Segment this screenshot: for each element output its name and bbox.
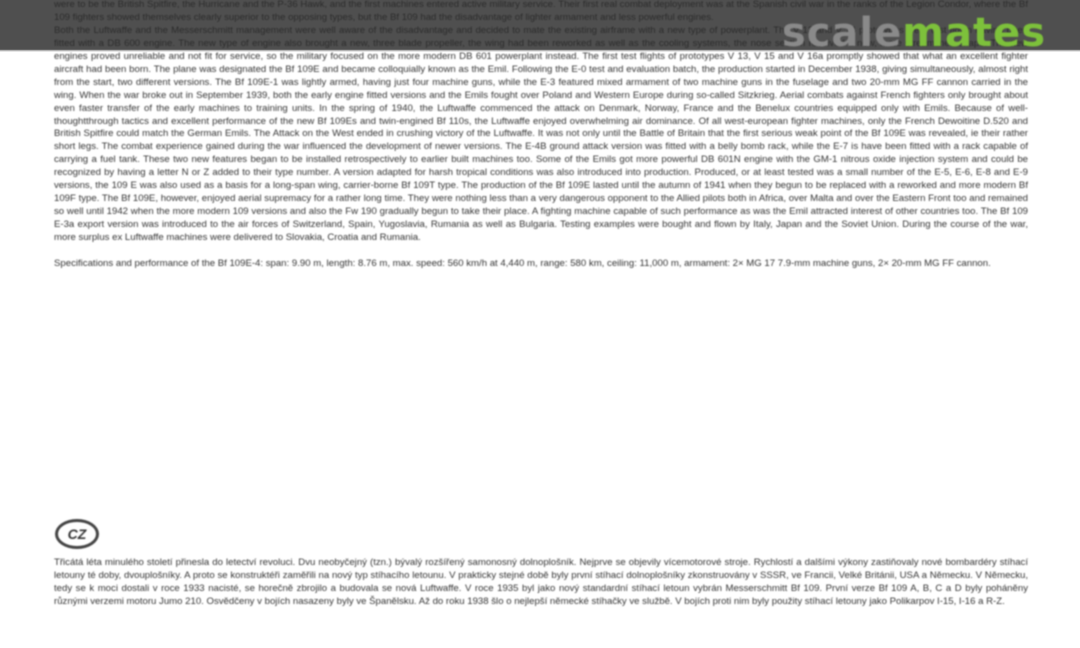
specifications-paragraph: Specifications and performance of the Bf… <box>54 258 1028 271</box>
scalemates-logo[interactable]: scalemates <box>782 13 1046 53</box>
instruction-text-czech: Třicátá léta minulého století přinesla d… <box>54 557 1028 609</box>
history-paragraph-main: Both the Luftwaffe and the Messerschmitt… <box>54 25 1028 245</box>
cz-badge-label: CZ <box>68 526 87 542</box>
czech-language-icon: CZ <box>55 519 99 549</box>
logo-scale-text: scale <box>782 10 902 56</box>
logo-mates-text: mates <box>902 10 1046 56</box>
czech-paragraph: Třicátá léta minulého století přinesla d… <box>54 557 1028 609</box>
